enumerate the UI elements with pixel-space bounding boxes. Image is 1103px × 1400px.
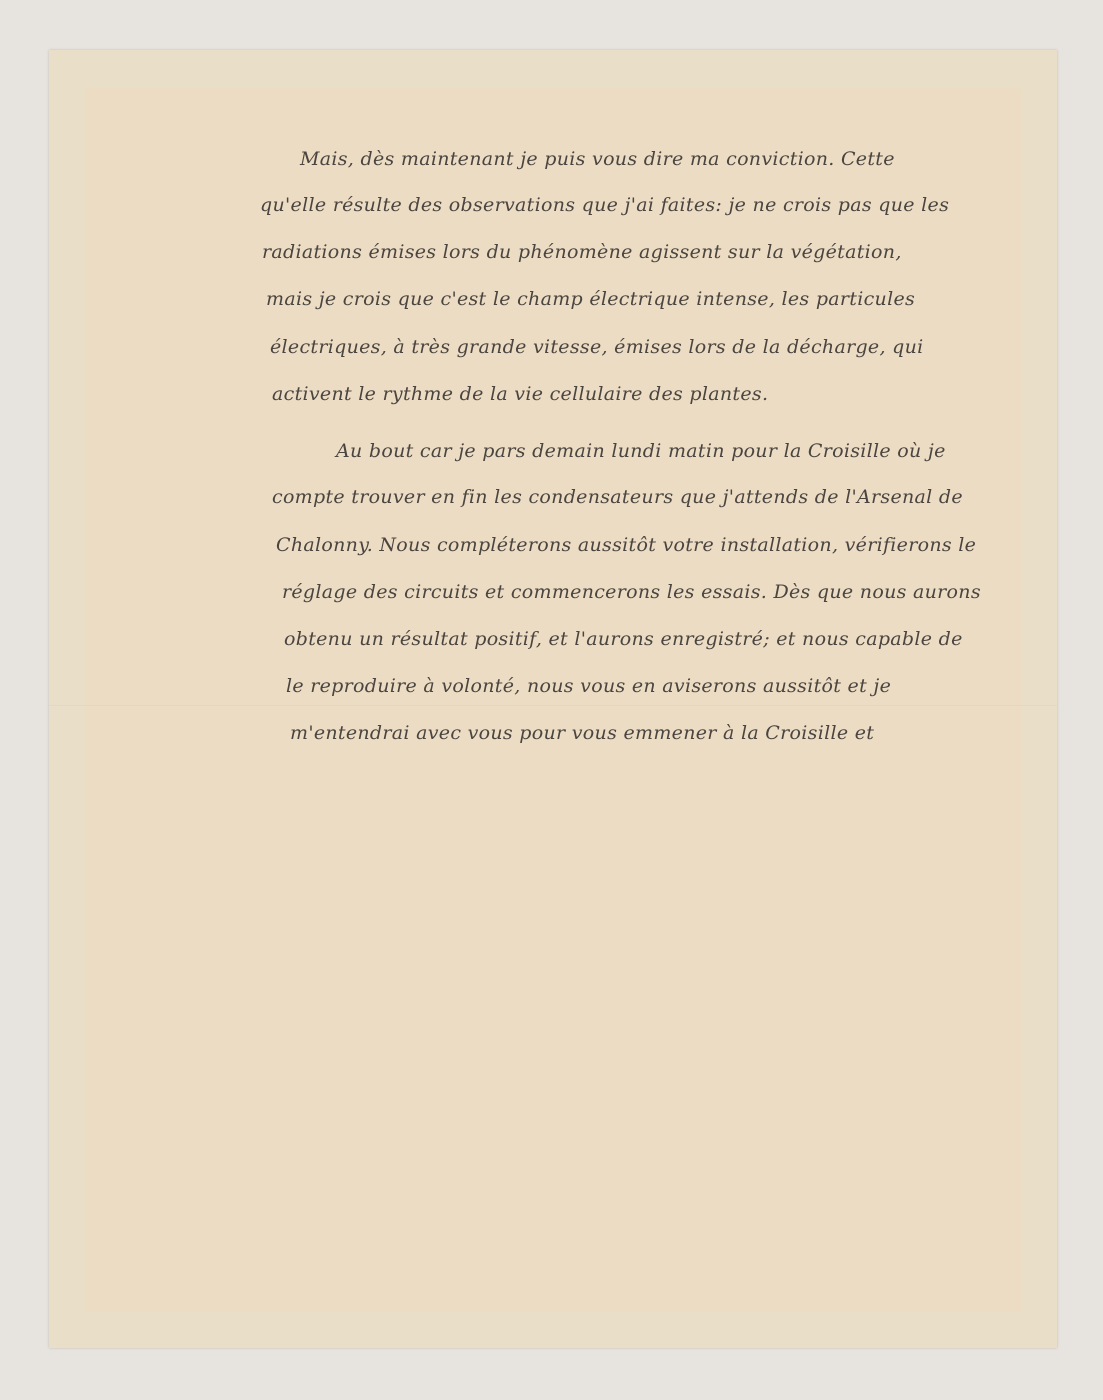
- body-line: Chalonny. Nous compléterons aussitôt vot…: [276, 534, 976, 556]
- body-line: électriques, à très grande vitesse, émis…: [270, 336, 924, 358]
- body-line: m'entendrai avec vous pour vous emmener …: [290, 722, 874, 744]
- body-line: Au bout car je pars demain lundi matin p…: [336, 440, 946, 462]
- body-line: mais je crois que c'est le champ électri…: [266, 288, 915, 310]
- body-line: activent le rythme de la vie cellulaire …: [272, 383, 768, 405]
- paper-fold-crease: [49, 705, 1057, 707]
- body-line: obtenu un résultat positif, et l'aurons …: [284, 628, 963, 650]
- body-line: qu'elle résulte des observations que j'a…: [260, 194, 949, 216]
- body-line: réglage des circuits et commencerons les…: [282, 581, 981, 603]
- body-line: compte trouver en fin les condensateurs …: [272, 486, 963, 508]
- body-line: radiations émises lors du phénomène agis…: [262, 241, 902, 263]
- paper-inner-margin: [85, 88, 1021, 1312]
- body-line: Mais, dès maintenant je puis vous dire m…: [300, 148, 895, 170]
- body-line: le reproduire à volonté, nous vous en av…: [286, 675, 891, 697]
